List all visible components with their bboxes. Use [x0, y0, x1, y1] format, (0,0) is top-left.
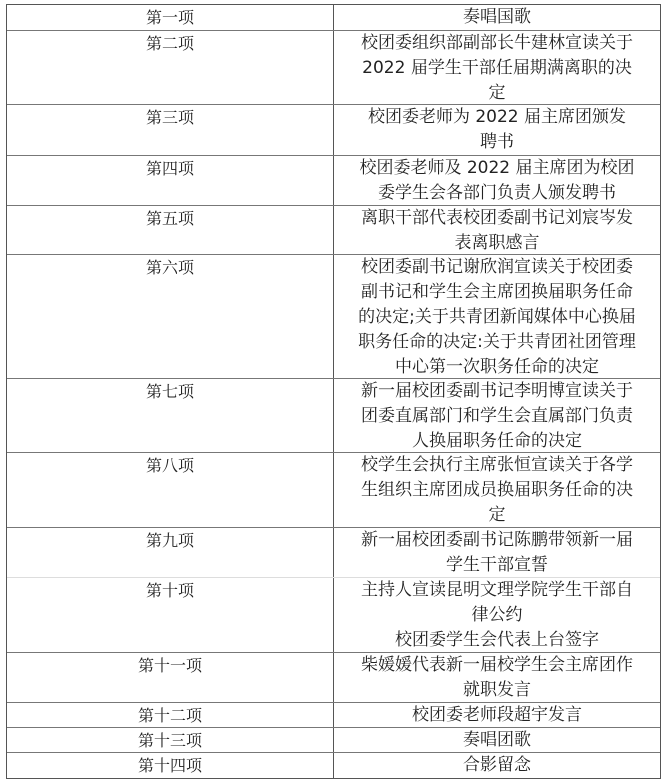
table-row: 第九项 新一届校团委副书记陈鹏带领新一届 学生干部宣誓 — [7, 527, 660, 577]
item-content-cell: 离职干部代表校团委副书记刘宸岑发 表离职感言 — [334, 206, 660, 254]
item-number-cell: 第十三项 — [7, 728, 334, 752]
item-content-cell: 奏唱国歌 — [334, 5, 660, 30]
item-number-cell: 第三项 — [7, 105, 334, 155]
item-content-cell: 新一届校团委副书记陈鹏带领新一届 学生干部宣誓 — [334, 528, 660, 577]
table-row: 第八项 校学生会执行主席张恒宣读关于各学 生组织主席团成员换届职务任命的决 定 — [7, 452, 660, 527]
table-row: 第三项 校团委老师为 2022 届主席团颁发 聘书 — [7, 104, 660, 155]
item-number-cell: 第四项 — [7, 156, 334, 205]
item-content-cell: 校团委老师为 2022 届主席团颁发 聘书 — [334, 105, 660, 155]
item-content-cell: 校团委组织部副部长牛建林宣读关于 2022 届学生干部任届期满离职的决 定 — [334, 31, 660, 104]
item-number-cell: 第五项 — [7, 206, 334, 254]
item-content-cell: 校团委老师及 2022 届主席团为校团 委学生会各部门负责人颁发聘书 — [334, 156, 660, 205]
table-row: 第十项 主持人宣读昆明文理学院学生干部自 律公约 校团委学生会代表上台签字 — [7, 577, 660, 652]
item-content-cell: 新一届校团委副书记李明博宣读关于 团委直属部门和学生会直属部门负责 人换届职务任… — [334, 379, 660, 452]
item-number-cell: 第一项 — [7, 5, 334, 30]
table-row: 第一项 奏唱国歌 — [7, 5, 660, 30]
item-number-cell: 第八项 — [7, 453, 334, 527]
item-content-cell: 校团委老师段超宇发言 — [334, 703, 660, 727]
item-number-cell: 第六项 — [7, 255, 334, 378]
item-content-cell: 校学生会执行主席张恒宣读关于各学 生组织主席团成员换届职务任命的决 定 — [334, 453, 660, 527]
item-number-cell: 第九项 — [7, 528, 334, 577]
item-number-cell: 第十四项 — [7, 753, 334, 778]
table-row: 第五项 离职干部代表校团委副书记刘宸岑发 表离职感言 — [7, 205, 660, 254]
table-row: 第四项 校团委老师及 2022 届主席团为校团 委学生会各部门负责人颁发聘书 — [7, 155, 660, 205]
table-row: 第十三项 奏唱团歌 — [7, 727, 660, 752]
item-number-cell: 第十二项 — [7, 703, 334, 727]
item-number-cell: 第二项 — [7, 31, 334, 104]
item-content-cell: 主持人宣读昆明文理学院学生干部自 律公约 校团委学生会代表上台签字 — [334, 578, 660, 652]
item-content-cell: 校团委副书记谢欣润宣读关于校团委 副书记和学生会主席团换届职务任命 的决定;关于… — [334, 255, 660, 378]
item-number-cell: 第十一项 — [7, 653, 334, 702]
item-number-cell: 第七项 — [7, 379, 334, 452]
table-row: 第十二项 校团委老师段超宇发言 — [7, 702, 660, 727]
program-table: 第一项 奏唱国歌 第二项 校团委组织部副部长牛建林宣读关于 2022 届学生干部… — [6, 4, 661, 779]
item-content-cell: 合影留念 — [334, 753, 660, 778]
table-row: 第十四项 合影留念 — [7, 752, 660, 778]
table-row: 第七项 新一届校团委副书记李明博宣读关于 团委直属部门和学生会直属部门负责 人换… — [7, 378, 660, 452]
table-row: 第十一项 柴媛媛代表新一届校学生会主席团作 就职发言 — [7, 652, 660, 702]
table-row: 第六项 校团委副书记谢欣润宣读关于校团委 副书记和学生会主席团换届职务任命 的决… — [7, 254, 660, 378]
item-content-cell: 柴媛媛代表新一届校学生会主席团作 就职发言 — [334, 653, 660, 702]
item-number-cell: 第十项 — [7, 578, 334, 652]
item-content-cell: 奏唱团歌 — [334, 728, 660, 752]
table-row: 第二项 校团委组织部副部长牛建林宣读关于 2022 届学生干部任届期满离职的决 … — [7, 30, 660, 104]
